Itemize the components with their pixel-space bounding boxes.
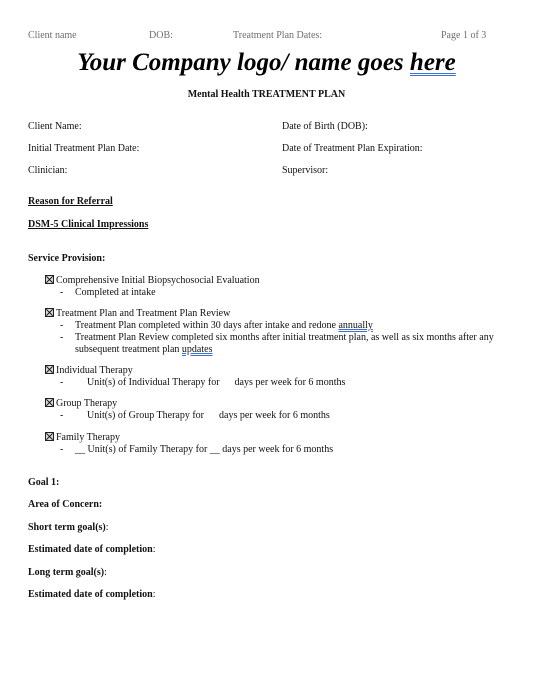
checkbox-checked-icon[interactable] (45, 432, 54, 441)
estimated-completion-field-1[interactable]: Estimated date of completion: (28, 544, 156, 555)
detail-text-underlined: annually (338, 320, 372, 331)
service-family-therapy: Family Therapy (45, 432, 120, 443)
service-individual-therapy: Individual Therapy (45, 365, 133, 376)
service-detail-continued: subsequent treatment plan updates (75, 344, 212, 355)
checkbox-checked-icon[interactable] (45, 398, 54, 407)
dash-bullet: - (60, 444, 63, 455)
supervisor-field[interactable]: Supervisor: (282, 165, 328, 176)
detail-text: subsequent treatment plan (75, 344, 182, 355)
service-label: Comprehensive Initial Biopsychosocial Ev… (56, 275, 260, 286)
service-detail: Treatment Plan Review completed six mont… (75, 332, 494, 343)
service-label: Individual Therapy (56, 365, 133, 376)
field-label: Estimated date of completion (28, 589, 153, 600)
reason-for-referral-heading: Reason for Referral (28, 196, 113, 207)
goal-heading: Goal 1: (28, 477, 59, 488)
field-label: Short term goal(s) (28, 522, 106, 533)
dash-bullet: - (60, 320, 63, 331)
service-detail: Completed at intake (75, 287, 156, 298)
service-detail: __ Unit(s) of Family Therapy for __ days… (75, 444, 333, 455)
header-page-number: Page 1 of 3 (441, 30, 486, 41)
dash-bullet: - (60, 377, 63, 388)
header-dob: DOB: (149, 30, 173, 41)
service-detail: Unit(s) of Individual Therapy for days p… (87, 377, 345, 388)
service-provision-heading: Service Provision: (28, 253, 105, 264)
detail-text-underlined: updates (182, 344, 213, 355)
dsm5-heading: DSM-5 Clinical Impressions (28, 219, 148, 230)
field-label: Estimated date of completion (28, 544, 153, 555)
service-detail: Treatment Plan completed within 30 days … (75, 320, 373, 331)
field-colon: : (153, 589, 156, 600)
field-colon: : (153, 544, 156, 555)
long-term-goals-field[interactable]: Long term goal(s): (28, 567, 107, 578)
estimated-completion-field-2[interactable]: Estimated date of completion: (28, 589, 156, 600)
service-group-therapy: Group Therapy (45, 398, 117, 409)
clinician-field[interactable]: Clinician: (28, 165, 67, 176)
initial-plan-date-field[interactable]: Initial Treatment Plan Date: (28, 143, 139, 154)
field-colon: : (104, 567, 107, 578)
header-treatment-plan-dates: Treatment Plan Dates: (233, 30, 322, 41)
header-client-name: Client name (28, 30, 77, 41)
checkbox-checked-icon[interactable] (45, 365, 54, 374)
service-label: Family Therapy (56, 432, 120, 443)
company-logo-placeholder: Your Company logo/ name goes here (0, 49, 533, 77)
service-treatment-plan-review: Treatment Plan and Treatment Plan Review (45, 308, 230, 319)
logo-text-underlined: here (410, 49, 456, 76)
detail-text: Treatment Plan completed within 30 days … (75, 320, 338, 331)
plan-expiration-field[interactable]: Date of Treatment Plan Expiration: (282, 143, 423, 154)
service-detail: Unit(s) of Group Therapy for days per we… (87, 410, 330, 421)
service-label: Group Therapy (56, 398, 117, 409)
area-of-concern-field[interactable]: Area of Concern: (28, 499, 102, 510)
logo-text: Your Company logo/ name goes (77, 49, 410, 76)
service-label: Treatment Plan and Treatment Plan Review (56, 308, 230, 319)
field-colon: : (106, 522, 109, 533)
dob-field[interactable]: Date of Birth (DOB): (282, 121, 368, 132)
field-label: Long term goal(s) (28, 567, 104, 578)
dash-bullet: - (60, 332, 63, 343)
short-term-goals-field[interactable]: Short term goal(s): (28, 522, 109, 533)
checkbox-checked-icon[interactable] (45, 275, 54, 284)
dash-bullet: - (60, 287, 63, 298)
service-biopsychosocial: Comprehensive Initial Biopsychosocial Ev… (45, 275, 260, 286)
page-title: Mental Health TREATMENT PLAN (0, 89, 533, 100)
checkbox-checked-icon[interactable] (45, 308, 54, 317)
client-name-field[interactable]: Client Name: (28, 121, 82, 132)
dash-bullet: - (60, 410, 63, 421)
